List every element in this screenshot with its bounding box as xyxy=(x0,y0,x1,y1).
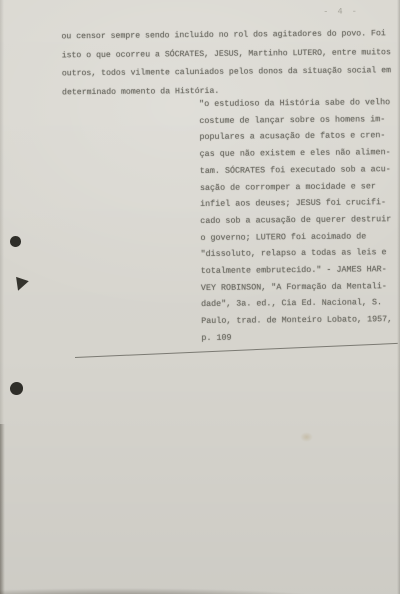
page-edge-bottom xyxy=(0,584,400,594)
text-line: costume de lançar sobre os homens im- xyxy=(199,111,399,130)
text-line: totalmente embrutecido." - JAMES HAR- xyxy=(201,261,400,280)
text-line: sação de corromper a mocidade e ser xyxy=(200,178,400,197)
text-line: populares a acusação de fatos e cren- xyxy=(199,127,399,146)
text-line: infiel aos deuses; JESUS foi crucifi- xyxy=(200,194,400,213)
triangle-mark xyxy=(16,275,30,291)
scanned-document-page: - 4 - ou censor sempre sendo incluido no… xyxy=(0,0,400,594)
hole-punch-dot-top xyxy=(10,236,21,247)
text-line: cado sob a acusação de querer destruir xyxy=(200,211,400,230)
text-line: Paulo, trad. de Monteiro Lobato, 1957, xyxy=(201,311,400,330)
text-line: "o estudioso da História sabe do velho xyxy=(199,94,399,113)
body-paragraph: ou censor sempre sendo incluido no rol d… xyxy=(61,25,398,103)
text-line: outros, todos vilmente caluniados pelos … xyxy=(62,62,398,84)
text-line: tam. SÓCRATES foi executado sob a acu- xyxy=(200,161,400,180)
text-line: VEY ROBINSON, "A Formação da Mentali- xyxy=(201,278,400,297)
text-line: o governo; LUTERO foi acoimado de xyxy=(200,228,400,247)
page-content: - 4 - ou censor sempre sendo incluido no… xyxy=(0,0,400,594)
page-edge-left-bottom xyxy=(0,424,5,594)
page-number: - 4 - xyxy=(323,6,359,16)
text-line: dade", 3a. ed., Cia Ed. Nacional, S. xyxy=(201,295,400,314)
paper-stain xyxy=(300,432,313,442)
text-line: ças que não existem e eles não alimen- xyxy=(200,144,400,163)
text-line: "dissoluto, relapso a todas as leis e xyxy=(201,244,400,263)
hole-punch-dot-bottom xyxy=(10,382,23,395)
block-quote: "o estudioso da História sabe do velhoco… xyxy=(199,94,400,346)
